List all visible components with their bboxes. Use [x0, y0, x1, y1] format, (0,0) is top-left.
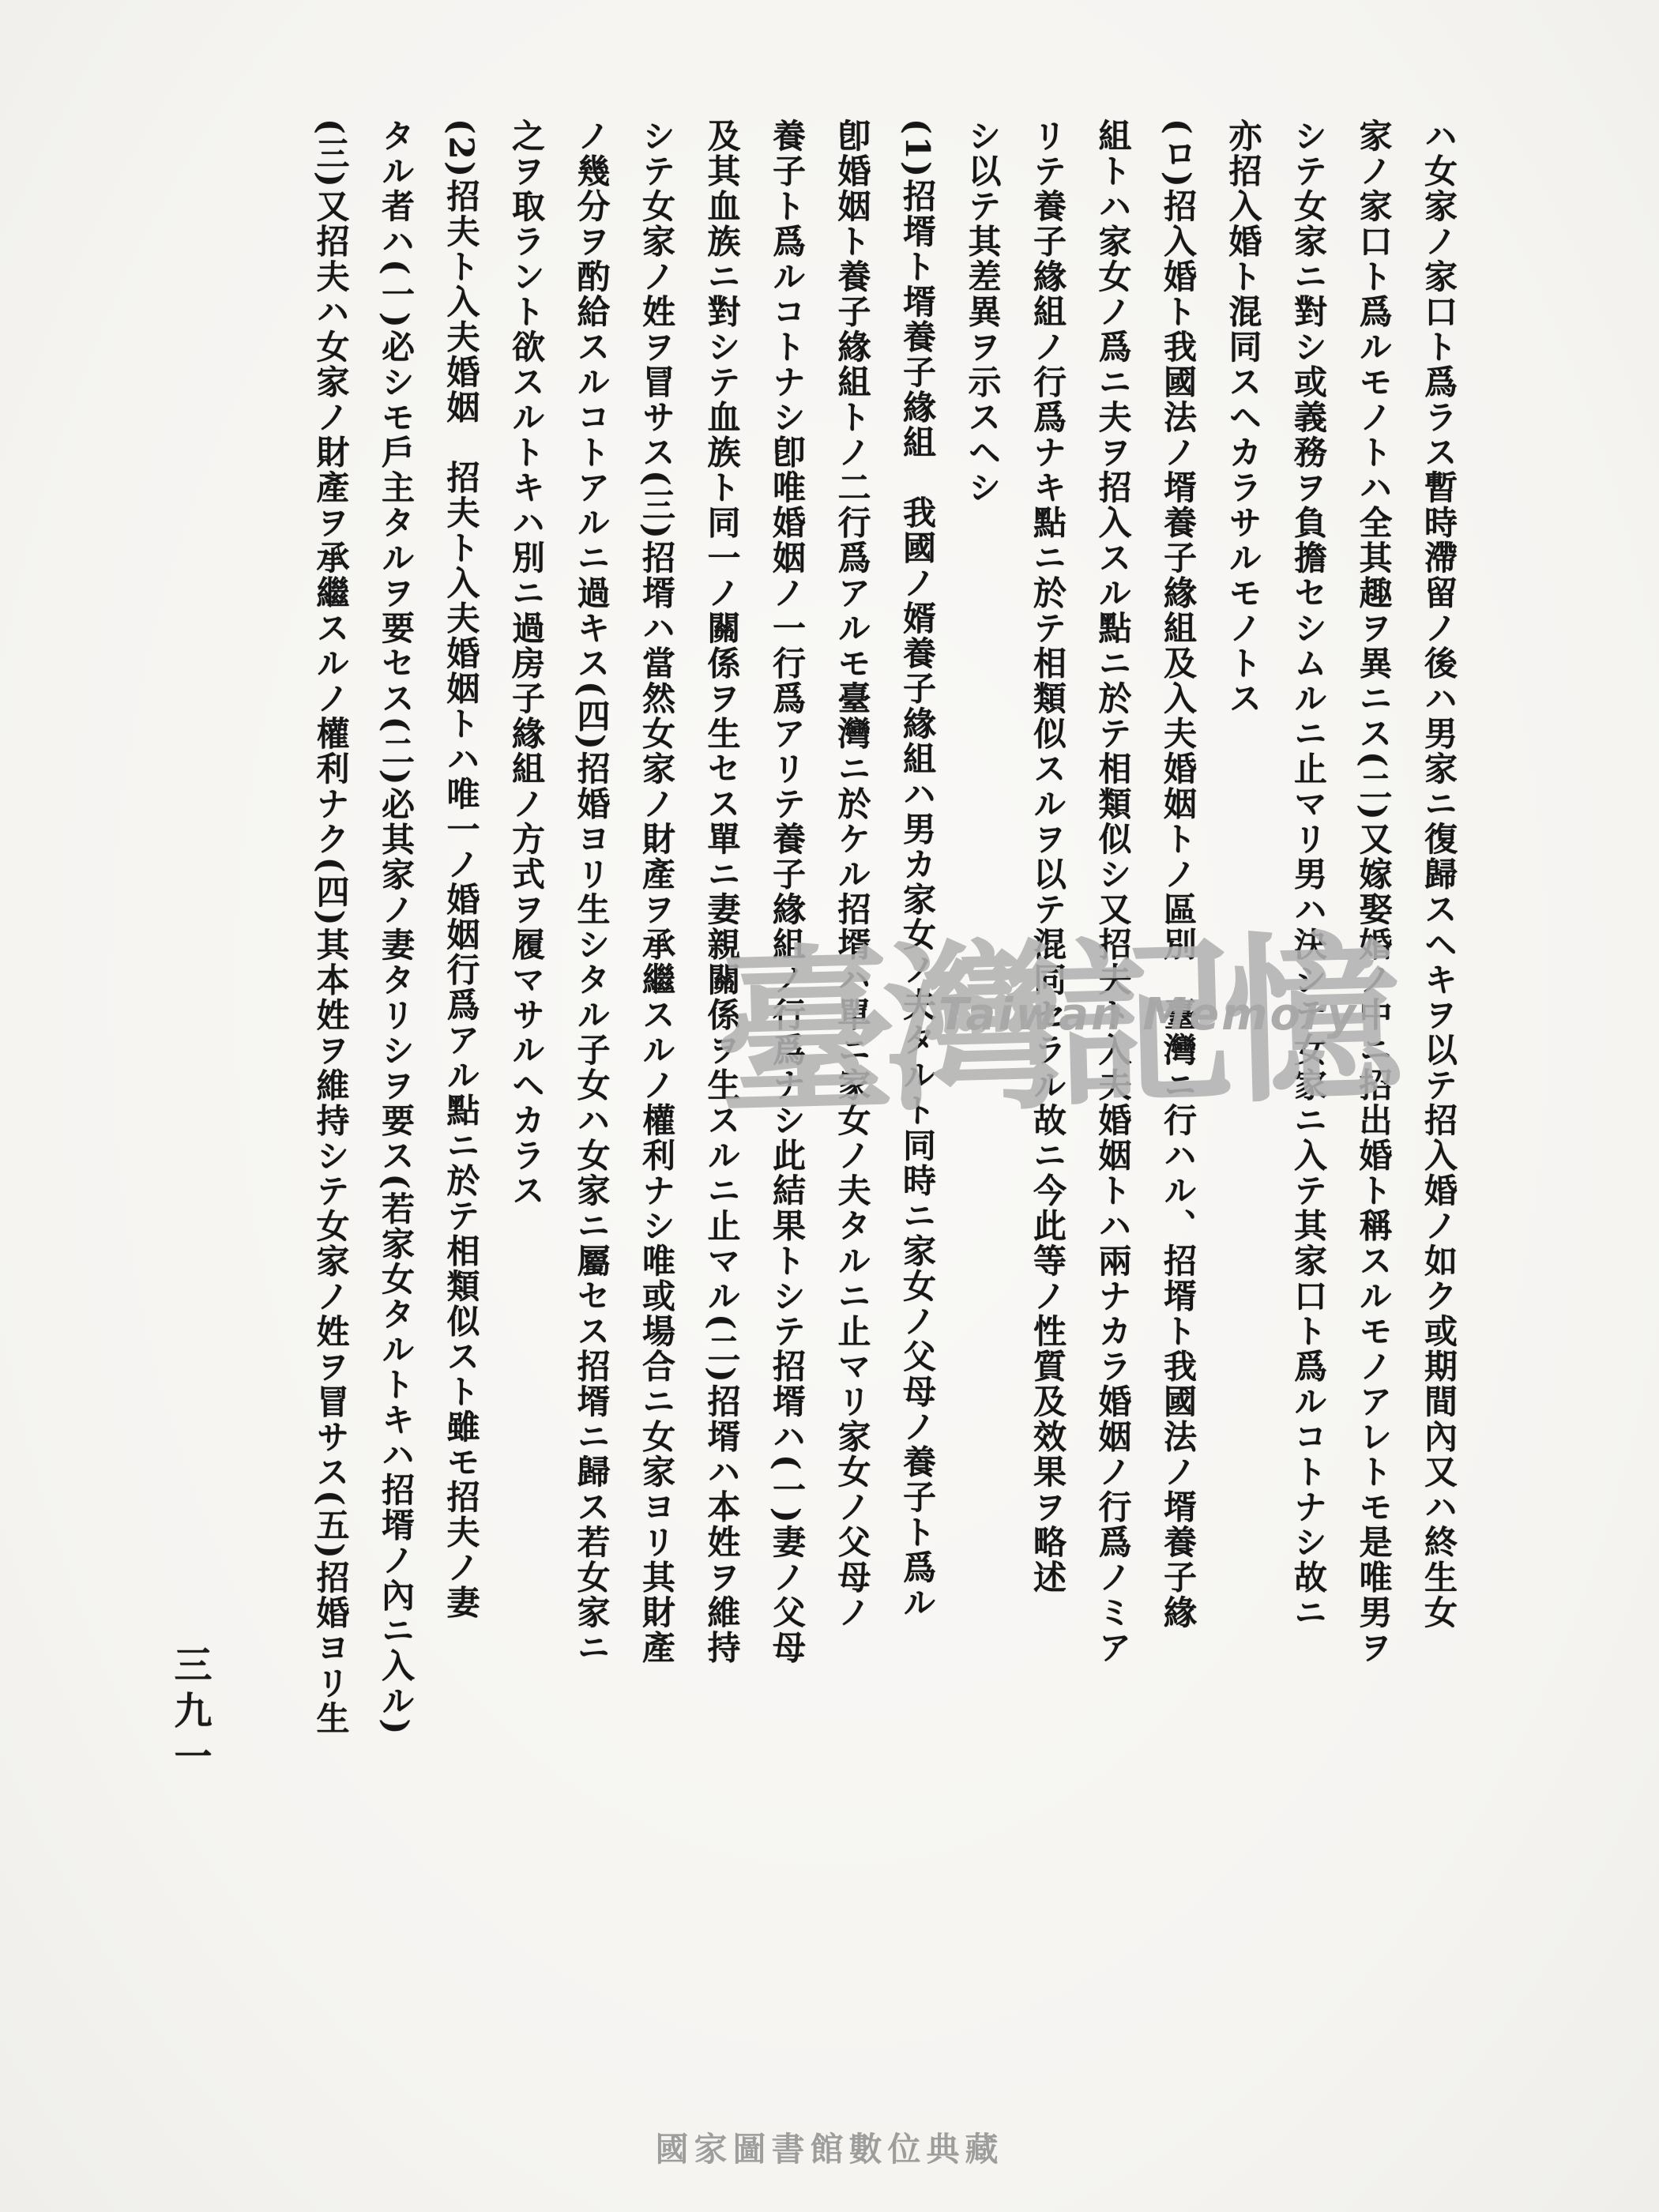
text-column: シテ女家ノ姓ヲ冒サス(三)招壻ハ當然女家ノ財產ヲ承繼スルノ權利ナシ唯或場合ニ女家… [624, 118, 690, 1706]
text-column: (2)招夫ト入夫婚姻 招夫ト入夫婚姻トハ唯一ノ婚姻行爲アル點ニ於テ相類似スト雖モ… [428, 118, 494, 1706]
text-column: シテ女家ニ對シ或義務ヲ負擔セシムルニ止マリ男ハ決シテ女家ニ入テ其家口ト爲ルコトナ… [1276, 118, 1341, 1706]
text-column: 家ノ家口ト爲ルモノトハ全其趣ヲ異ニス(二)又嫁娶婚ノ中ニ招出婚ト稱スルモノアレト… [1341, 118, 1406, 1706]
text-column: ノ幾分ヲ酌給スルコトアルニ過キス(四)招婚ヨリ生シタル子女ハ女家ニ屬セス招壻ニ歸… [559, 118, 624, 1706]
text-column: 卽婚姻ト養子緣組トノ二行爲アルモ臺灣ニ於ケル招壻ハ單ニ家女ノ夫タルニ止マリ家女ノ… [819, 118, 885, 1706]
library-digital-archive-footer: 國家圖書館數位典藏 [0, 2124, 1659, 2171]
text-column: (ロ)招入婚ト我國法ノ壻養子緣組及入夫婚姻トノ區別 臺灣ニ行ハル、招壻ト我國法ノ… [1145, 118, 1211, 1706]
text-column: ハ女家ノ家口ト爲ラス暫時滯留ノ後ハ男家ニ復歸スヘキヲ以テ招入婚ノ如ク或期間內又ハ… [1406, 118, 1472, 1706]
text-column: 養子ト爲ルコトナシ卽唯婚姻ノ一行爲アリテ養子緣組ノ行爲ナシ此結果トシテ招壻ハ(一… [754, 118, 820, 1706]
text-column: 亦招入婚ト混同スヘカラサルモノトス [1210, 118, 1276, 1706]
page-number: 三九一 [163, 1645, 217, 1782]
text-column: シ以テ其差異ヲ示スヘシ [950, 118, 1015, 1706]
text-column: 組トハ家女ノ爲ニ夫ヲ招入スル點ニ於テ相類似シ又招夫ト入夫婚姻トハ兩ナカラ婚姻ノ行… [1080, 118, 1145, 1706]
text-column: リテ養子緣組ノ行爲ナキ點ニ於テ相類似スルヲ以テ混同セラル故ニ今此等ノ性質及效果ヲ… [1015, 118, 1081, 1706]
text-column: 及其血族ニ對シテ血族ト同一ノ關係ヲ生セス單ニ妻親關係ヲ生スルニ止マル(二)招壻ハ… [689, 118, 754, 1706]
text-column: (三)又招夫ハ女家ノ財產ヲ承繼スルノ權利ナク(四)其本姓ヲ維持シテ女家ノ姓ヲ冒サ… [298, 118, 363, 1706]
text-column: (1)招壻ト壻養子緣組 我國ノ婿養子緣組ハ男カ家女ノ夫タルト同時ニ家女ノ父母ノ養… [885, 118, 950, 1706]
vertical-text-block: ハ女家ノ家口ト爲ラス暫時滯留ノ後ハ男家ニ復歸スヘキヲ以テ招入婚ノ如ク或期間內又ハ… [298, 118, 1471, 1706]
text-column: タル者ハ(一)必シモ戶主タルヲ要セス(二)必其家ノ妻タリシヲ要ス(若家女タルトキ… [363, 118, 429, 1706]
text-column: 之ヲ取ラント欲スルトキハ別ニ過房子緣組ノ方式ヲ履マサルヘカラス [494, 118, 559, 1706]
